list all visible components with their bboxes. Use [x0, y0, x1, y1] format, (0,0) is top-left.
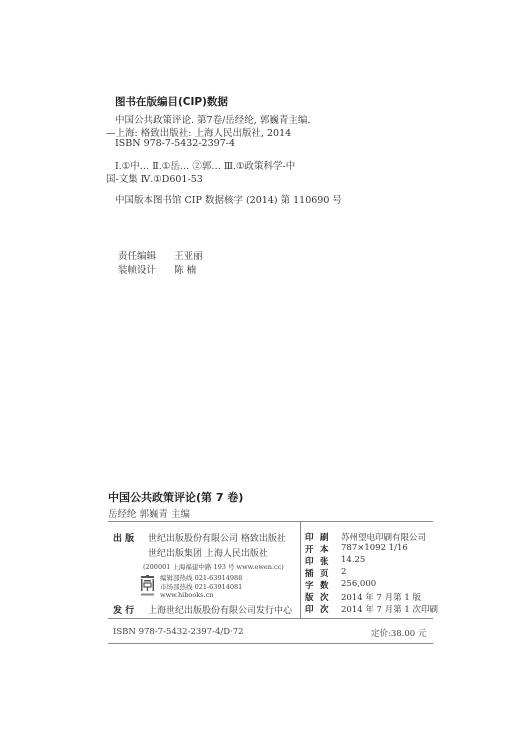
staff-editor: 责任编辑 王亚丽 [118, 248, 203, 262]
spec-inserts: 插页2 [305, 567, 346, 579]
publisher-label: 出 版 [113, 531, 134, 544]
distributor-label: 发 行 [113, 603, 134, 616]
book-title: 中国公共政策评论(第 7 卷) [108, 489, 243, 505]
cip-line-1: 中国公共政策评论. 第7卷/岳经纶, 郭巍青主编. [115, 112, 310, 126]
spec-sheets: 印张14.25 [305, 555, 365, 567]
staff-designer: 装帧设计 陈 楠 [118, 262, 196, 276]
publisher-address: (200001 上海福建中路 193 号 www.ewen.cc) [143, 562, 284, 571]
footer-price: 定价:38.00 元 [371, 627, 426, 639]
publisher-line-1: 世纪出版股份有限公司 格致出版社 [148, 531, 286, 544]
footer-isbn: ISBN 978-7-5432-2397-4/D·72 [113, 627, 244, 637]
spec-word-count: 字数256,000 [305, 579, 376, 591]
divider-vertical [300, 521, 301, 618]
cip-heading: 图书在版编目(CIP)数据 [115, 94, 228, 109]
spec-printing: 印次2014 年 7 月第 1 次印刷 [305, 603, 438, 615]
cip-line-2: —上海: 格致出版社: 上海人民出版社, 2014 [106, 125, 291, 139]
divider-middle [108, 618, 433, 619]
hotline-editorial: 编辑部热线 021-63914988 [160, 573, 242, 582]
cip-line-3: ISBN 978-7-5432-2397-4 [115, 138, 235, 149]
publisher-logo-icon [140, 575, 155, 597]
cip-verify: 中国版本图书馆 CIP 数据核字 (2014) 第 110690 号 [115, 192, 342, 206]
publisher-logo [140, 575, 155, 597]
cip-line-4: Ⅰ.①中… Ⅱ.①岳… ②郭… Ⅲ.①政策科学-中 [115, 158, 295, 172]
spec-printer: 印刷苏州望电印刷有限公司 [305, 531, 426, 543]
book-authors: 岳经纶 郭巍青 主编 [108, 506, 190, 520]
staff-name: 陈 楠 [174, 265, 196, 276]
divider-top [108, 521, 433, 522]
hotline-marketing: 市场部热线 021-63914081 [160, 582, 242, 591]
cip-line-5: 国-文集 Ⅳ.①D601-53 [106, 171, 203, 185]
publisher-line-2: 世纪出版集团 上海人民出版社 [148, 546, 268, 559]
publisher-website: www.hibooks.cn [160, 591, 213, 599]
staff-role: 装帧设计 [118, 265, 156, 276]
staff-role: 责任编辑 [118, 251, 156, 262]
staff-name: 王亚丽 [174, 251, 203, 262]
spec-format: 开本787×1092 1/16 [305, 543, 408, 555]
spec-edition: 版次2014 年 7 月第 1 版 [305, 591, 421, 603]
divider-bottom [108, 643, 433, 644]
distributor-name: 上海世纪出版股份有限公司发行中心 [148, 603, 292, 616]
